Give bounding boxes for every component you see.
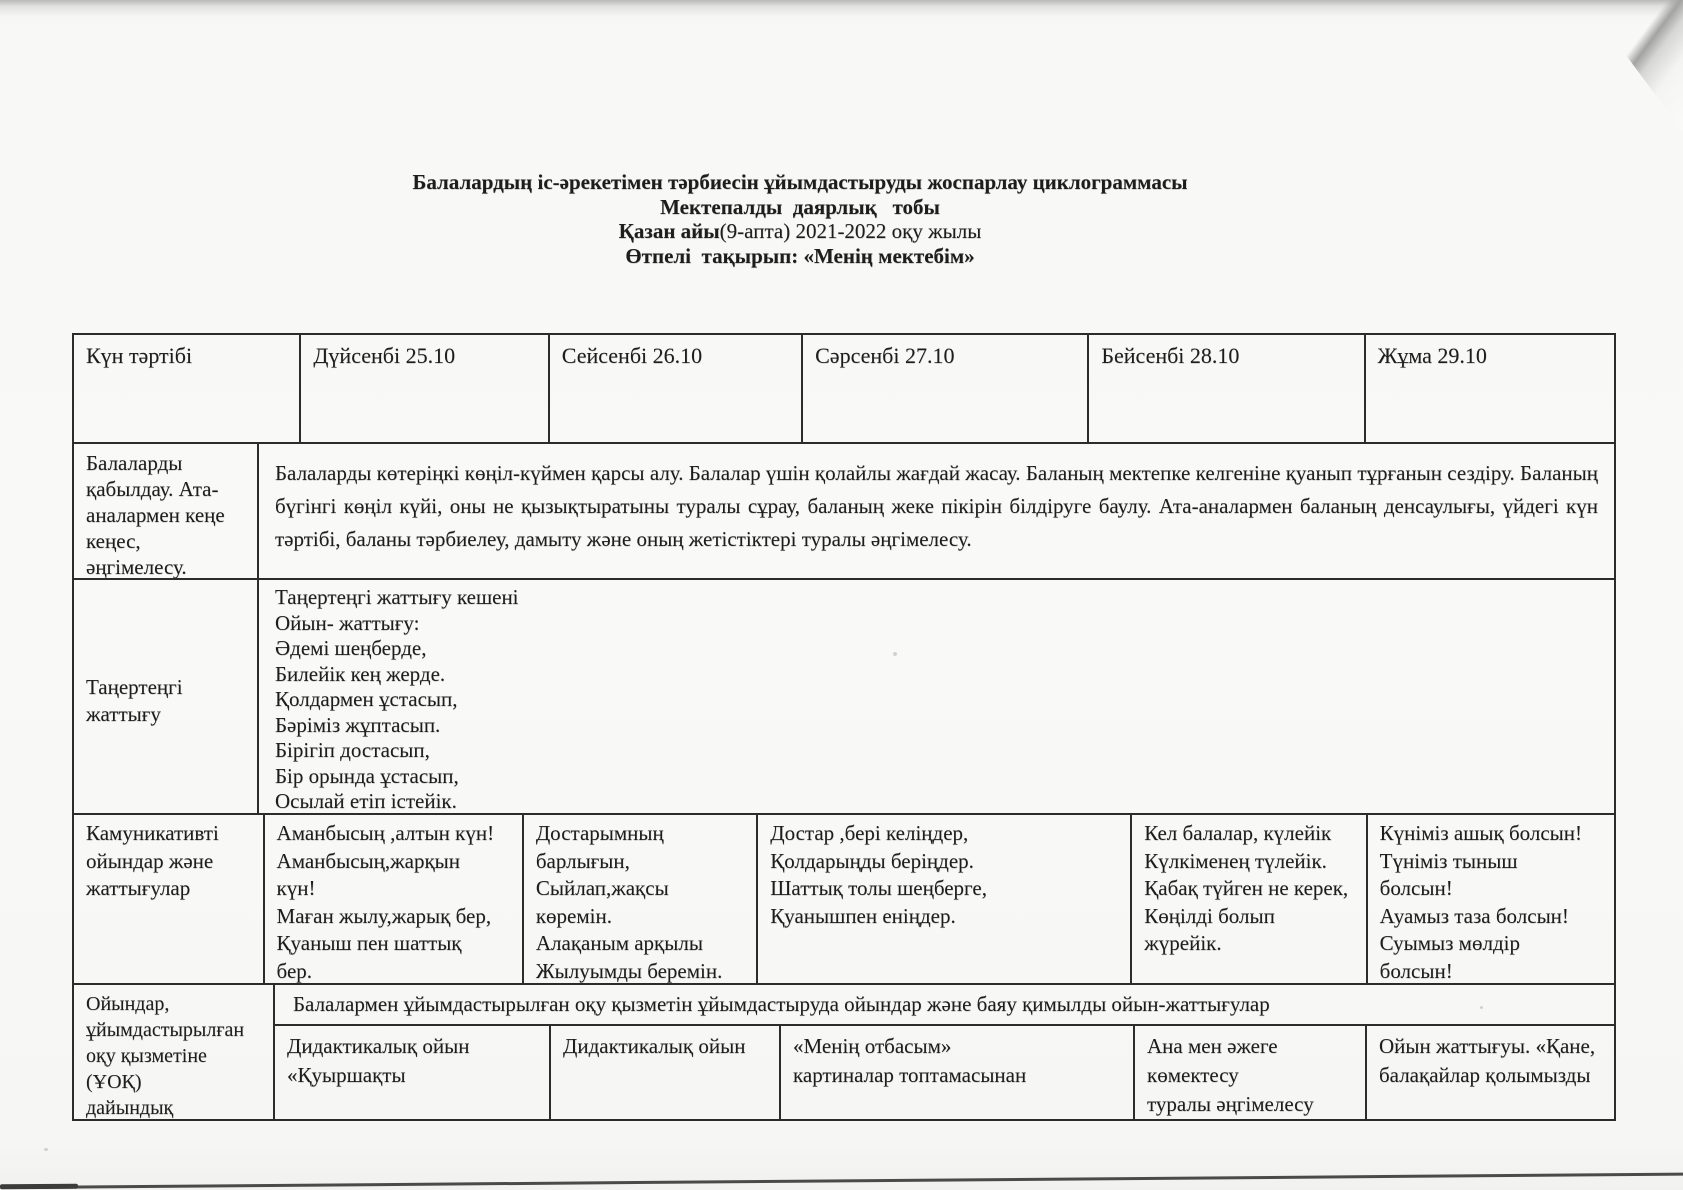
page-corner-fold-artifact (1585, 0, 1683, 132)
morning-exercise-label: Таңертеңгі жаттығу (74, 580, 259, 815)
games-prep-merged-note: Балалармен ұйымдастырылған оқу қызметін … (275, 985, 1614, 1026)
games-prep-wednesday-cell: «Менің отбасым» картиналар топтамасынан (781, 1026, 1135, 1119)
title-line-3: Қазан айы(9-апта) 2021-2022 оқу жылы (0, 219, 1600, 244)
games-prep-tuesday-cell: Дидактикалық ойын (551, 1026, 781, 1119)
games-prep-main: Балалармен ұйымдастырылған оқу қызметін … (275, 985, 1614, 1119)
games-prep-monday-cell: Дидактикалық ойын «Қуыршақты (275, 1026, 551, 1119)
header-cell-friday: Жұма 29.10 (1366, 335, 1614, 444)
games-prep-label: Ойындар, ұйымдастырылған оқу қызметіне (… (74, 985, 275, 1119)
header-cell-wednesday: Сәрсенбі 27.10 (803, 335, 1089, 444)
header-cell-tuesday: Сейсенбі 26.10 (550, 335, 803, 444)
games-prep-friday-cell: Ойын жаттығуы. «Қане, балақайлар қолымыз… (1367, 1026, 1614, 1119)
title-line-3-bold: Қазан айы (619, 219, 720, 243)
row-games-prep: Ойындар, ұйымдастырылған оқу қызметіне (… (74, 985, 1614, 1119)
scanned-document-page: Балалардың іс-әрекетімен тәрбиесін ұйымд… (0, 0, 1683, 1190)
scan-bottom-edge-blob (0, 1184, 78, 1190)
header-cell-thursday: Бейсенбі 28.10 (1089, 335, 1365, 444)
schedule-table: Күн тәртібі Дүйсенбі 25.10 Сейсенбі 26.1… (72, 333, 1616, 1121)
communicative-label: Камуникативті ойындар және жаттығулар (74, 815, 265, 985)
row-morning-exercise: Таңертеңгі жаттығу Таңертеңгі жаттығу ке… (74, 580, 1614, 815)
communicative-thursday-cell: Кел балалар, күлейік Күлкіменең түлейік.… (1132, 815, 1367, 985)
communicative-wednesday-cell: Достар ,бері келіңдер, Қолдарыңды беріңд… (758, 815, 1132, 985)
document-title: Балалардың іс-әрекетімен тәрбиесін ұйымд… (0, 170, 1600, 268)
morning-exercise-content: Таңертеңгі жаттығу кешені Ойын- жаттығу:… (259, 580, 1614, 815)
row-communicative-games: Камуникативті ойындар және жаттығулар Ам… (74, 815, 1614, 985)
header-cell-monday: Дүйсенбі 25.10 (301, 335, 549, 444)
header-cell-daily-routine: Күн тәртібі (74, 335, 301, 444)
scan-bottom-edge-line (18, 1173, 1683, 1189)
reception-content: Балаларды көтеріңкі көңіл-күймен қарсы а… (259, 444, 1614, 580)
row-reception: Балаларды қабылдау. Ата- аналармен кеңе … (74, 444, 1614, 580)
communicative-monday-cell: Аманбысың ,алтын күн! Аманбысың,жарқын к… (265, 815, 524, 985)
games-prep-thursday-cell: Ана мен әжеге көмектесу туралы әңгімелес… (1135, 1026, 1367, 1119)
title-line-4: Өтпелі тақырып: «Менің мектебім» (0, 244, 1600, 269)
header-row: Күн тәртібі Дүйсенбі 25.10 Сейсенбі 26.1… (74, 335, 1614, 444)
games-prep-day-cells: Дидактикалық ойын «Қуыршақты Дидактикалы… (275, 1026, 1614, 1119)
scan-top-shadow-artifact (0, 0, 1683, 16)
title-line-1: Балалардың іс-әрекетімен тәрбиесін ұйымд… (0, 170, 1600, 195)
communicative-friday-cell: Күніміз ашық болсын! Түніміз тыныш болсы… (1368, 815, 1614, 985)
title-line-3-rest: (9-апта) 2021-2022 оқу жылы (720, 219, 982, 243)
title-line-2: Мектепалды даярлық тобы (0, 195, 1600, 220)
communicative-tuesday-cell: Достарымның барлығын, Сыйлап,жақсы көрем… (524, 815, 758, 985)
reception-label: Балаларды қабылдау. Ата- аналармен кеңе … (74, 444, 259, 580)
scan-speck (44, 1148, 48, 1151)
